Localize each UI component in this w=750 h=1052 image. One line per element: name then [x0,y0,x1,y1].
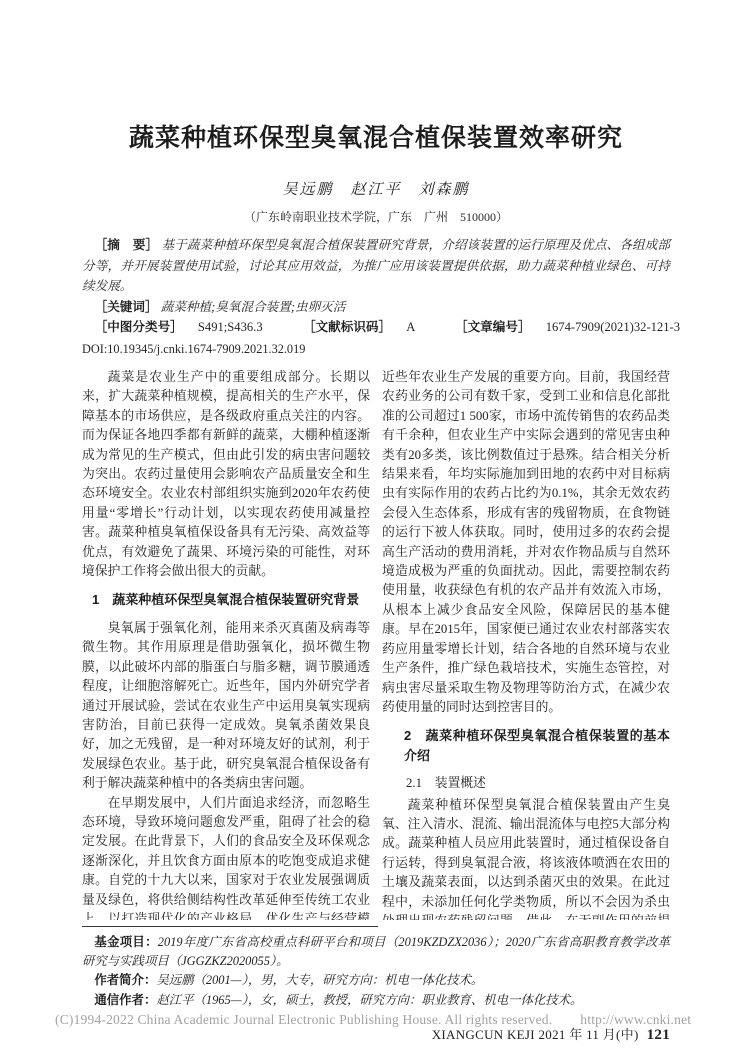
clc-label: ［中图分类号］ [95,320,183,334]
section-1-heading: 1 蔬菜种植环保型臭氧混合植保装置研究背景 [82,590,370,609]
clc-value: S491;S436.3 [198,320,263,334]
classification-line: ［中图分类号］ S491;S436.3 ［文献标识码］ A ［文章编号］ 167… [82,317,670,338]
article-title: 蔬菜种植环保型臭氧混合植保装置效率研究 [82,118,670,154]
page-content: 蔬菜种植环保型臭氧混合植保装置效率研究 吴远鹏 赵江平 刘森鹏 （广东岭南职业技… [82,0,670,1044]
section-1-paragraph-2-continued: 近些年农业生产发展的重要方向。目前，我国经营农药业务的公司有数千家，受到工业和信… [382,368,670,717]
cnki-copyright-line: (C)1994-2022 China Academic Journal Elec… [55,1012,691,1028]
section-1-paragraph-2: 在早期发展中，人们片面追求经济，而忽略生态环境，导致环境问题愈发严重，阻碍了社会… [82,794,370,920]
affiliation-line: （广东岭南职业技术学院，广东 广州 510000） [82,208,670,225]
footnotes-block: 基金项目：2019年度广东省高校重点科研平台和项目（2019KZDZX2036）… [82,933,670,1010]
corresponding-author-text: 赵江平（1965—），女，硕士，教授，研究方向：职业教育、机电一体化技术。 [156,993,582,1007]
cnki-url: http://www.cnki.net [580,1012,691,1027]
left-column: 蔬菜是农业生产中的重要组成部分。长期以来，扩大蔬菜种植规模，提高相关的生产水平，… [82,368,370,920]
doi-line: DOI:10.19345/j.cnki.1674-7909.2021.32.01… [82,339,670,360]
corresponding-author-line: 通信作者：赵江平（1965—），女，硕士，教授，研究方向：职业教育、机电一体化技… [82,991,670,1010]
footnote-separator [82,926,378,927]
authors-line: 吴远鹏 赵江平 刘森鹏 [82,178,670,199]
author-bio-text: 吴远鹏（2001—），男，大专，研究方向：机电一体化技术。 [156,973,483,987]
fund-project-label: 基金项目： [94,935,157,949]
author-bio-line: 作者简介：吴远鹏（2001—），男，大专，研究方向：机电一体化技术。 [82,971,670,990]
two-column-body: 蔬菜是农业生产中的重要组成部分。长期以来，扩大蔬菜种植规模，提高相关的生产水平，… [82,368,670,920]
section-2-1-paragraph: 蔬菜种植环保型臭氧混合植保装置由产生臭氧、注入清水、混流、输出混流体与电控5大部… [382,796,670,920]
keywords-text: 蔬菜种植;臭氧混合装置;虫卵灭活 [161,300,346,314]
corresponding-author-label: 通信作者： [94,993,156,1007]
doc-code-value: A [406,320,414,334]
right-column: 近些年农业生产发展的重要方向。目前，我国经营农药业务的公司有数千家，受到工业和信… [382,368,670,920]
journal-issue-text: XIANGCUN KEJI 2021 年 11 月(中) [432,1027,639,1042]
section-2-1-heading: 2.1 装置概述 [382,774,670,793]
section-1-paragraph-1: 臭氧属于强氧化剂，能用来杀灭真菌及病毒等微生物。其作用原理是借助强氧化，损坏微生… [82,619,370,794]
section-2-heading: 2 蔬菜种植环保型臭氧混合植保装置的基本介绍 [382,726,670,765]
intro-paragraph: 蔬菜是农业生产中的重要组成部分。长期以来，扩大蔬菜种植规模，提高相关的生产水平，… [82,368,370,581]
author-bio-label: 作者简介： [94,973,156,987]
article-meta: ［摘 要］ 基于蔬菜种植环保型臭氧混合植保装置研究背景，介绍该装置的运行原理及优… [82,235,670,359]
abstract-text: 基于蔬菜种植环保型臭氧混合植保装置研究背景，介绍该装置的运行原理及优点、各组成部… [82,238,670,293]
copyright-text: (C)1994-2022 China Academic Journal Elec… [55,1012,552,1027]
keywords-line: ［关键词］ 蔬菜种植;臭氧混合装置;虫卵灭活 [82,297,670,318]
abstract-label: ［摘 要］ [95,238,159,252]
fund-project-text: 2019年度广东省高校重点科研平台和项目（2019KZDZX2036）；2020… [82,935,670,968]
doc-code-label: ［文献标识码］ [303,320,391,334]
fund-project-line: 基金项目：2019年度广东省高校重点科研平台和项目（2019KZDZX2036）… [82,933,670,971]
page-number: 121 [647,1027,670,1043]
abstract-paragraph: ［摘 要］ 基于蔬菜种植环保型臭氧混合植保装置研究背景，介绍该装置的运行原理及优… [82,235,670,297]
article-id-label: ［文章编号］ [455,320,531,334]
article-id-value: 1674-7909(2021)32-121-3 [546,320,680,334]
journal-page: 蔬菜种植环保型臭氧混合植保装置效率研究 吴远鹏 赵江平 刘森鹏 （广东岭南职业技… [0,0,750,1052]
keywords-label: ［关键词］ [95,300,158,314]
